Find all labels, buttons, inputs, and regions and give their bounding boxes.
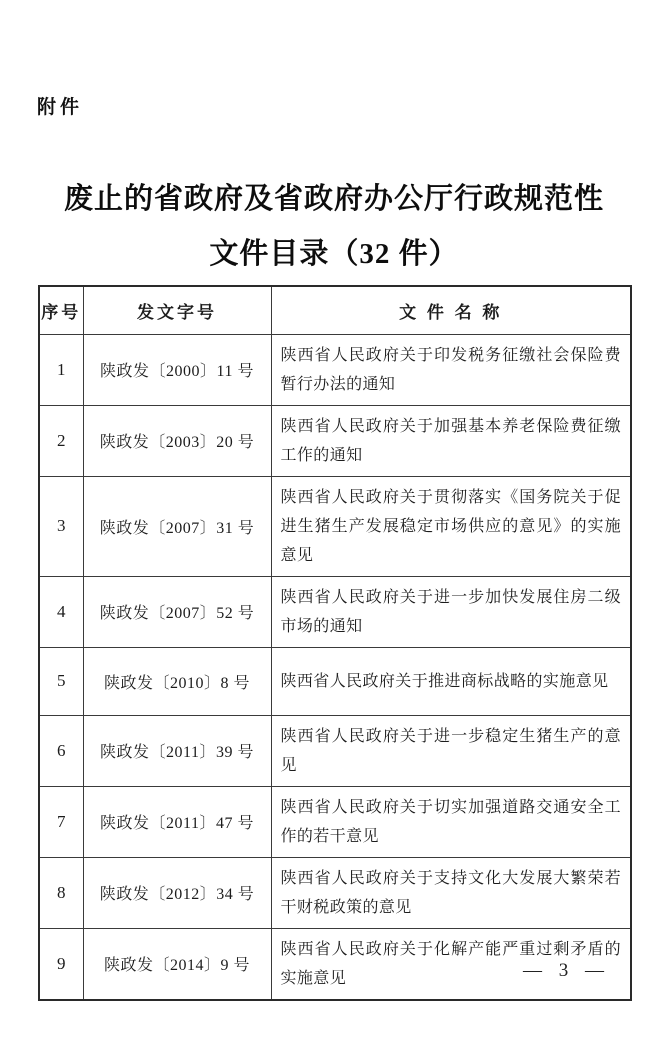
header-cell-doc-no: 发文字号 [83,286,271,334]
cell-seq: 5 [39,647,83,715]
cell-doc-title: 陕西省人民政府关于加强基本养老保险费征缴工作的通知 [271,405,631,476]
table-row: 5 陕政发〔2010〕8 号 陕西省人民政府关于推进商标战略的实施意见 [39,647,631,715]
header-cell-seq: 序号 [39,286,83,334]
cell-doc-number: 陕政发〔2011〕47 号 [83,786,271,857]
table-row: 2 陕政发〔2003〕20 号 陕西省人民政府关于加强基本养老保险费征缴工作的通… [39,405,631,476]
table-header-row: 序号 发文字号 文 件 名 称 [39,286,631,334]
title-line-2: 文件目录（32 件） [0,227,668,282]
cell-doc-number: 陕政发〔2010〕8 号 [83,647,271,715]
cell-doc-title: 陕西省人民政府关于支持文化大发展大繁荣若干财税政策的意见 [271,857,631,928]
document-page: 附件 废止的省政府及省政府办公厅行政规范性 文件目录（32 件） 序号 发文字号… [0,0,668,1044]
cell-doc-title: 陕西省人民政府关于进一步稳定生猪生产的意见 [271,715,631,786]
cell-seq: 4 [39,576,83,647]
cell-doc-number: 陕政发〔2014〕9 号 [83,928,271,1000]
table-row: 3 陕政发〔2007〕31 号 陕西省人民政府关于贯彻落实《国务院关于促进生猪生… [39,476,631,576]
cell-seq: 6 [39,715,83,786]
cell-doc-number: 陕政发〔2007〕31 号 [83,476,271,576]
documents-table: 序号 发文字号 文 件 名 称 1 陕政发〔2000〕11 号 陕西省人民政府关… [38,285,632,1001]
cell-doc-number: 陕政发〔2012〕34 号 [83,857,271,928]
cell-seq: 1 [39,334,83,405]
cell-doc-title: 陕西省人民政府关于进一步加快发展住房二级市场的通知 [271,576,631,647]
table-row: 4 陕政发〔2007〕52 号 陕西省人民政府关于进一步加快发展住房二级市场的通… [39,576,631,647]
cell-seq: 7 [39,786,83,857]
cell-doc-number: 陕政发〔2011〕39 号 [83,715,271,786]
cell-doc-number: 陕政发〔2003〕20 号 [83,405,271,476]
cell-seq: 9 [39,928,83,1000]
table-row: 6 陕政发〔2011〕39 号 陕西省人民政府关于进一步稳定生猪生产的意见 [39,715,631,786]
cell-seq: 2 [39,405,83,476]
cell-doc-title: 陕西省人民政府关于推进商标战略的实施意见 [271,647,631,715]
title-line-1: 废止的省政府及省政府办公厅行政规范性 [0,172,668,227]
cell-doc-number: 陕政发〔2007〕52 号 [83,576,271,647]
document-title: 废止的省政府及省政府办公厅行政规范性 文件目录（32 件） [0,172,668,282]
cell-doc-title: 陕西省人民政府关于贯彻落实《国务院关于促进生猪生产发展稳定市场供应的意见》的实施… [271,476,631,576]
cell-seq: 8 [39,857,83,928]
table-row: 7 陕政发〔2011〕47 号 陕西省人民政府关于切实加强道路交通安全工作的若干… [39,786,631,857]
cell-seq: 3 [39,476,83,576]
cell-doc-title: 陕西省人民政府关于印发税务征缴社会保险费暂行办法的通知 [271,334,631,405]
cell-doc-number: 陕政发〔2000〕11 号 [83,334,271,405]
cell-doc-title: 陕西省人民政府关于切实加强道路交通安全工作的若干意见 [271,786,631,857]
attachment-label: 附件 [37,92,83,119]
header-cell-name: 文 件 名 称 [271,286,631,334]
table-row: 1 陕政发〔2000〕11 号 陕西省人民政府关于印发税务征缴社会保险费暂行办法… [39,334,631,405]
table-row: 8 陕政发〔2012〕34 号 陕西省人民政府关于支持文化大发展大繁荣若干财税政… [39,857,631,928]
page-number: — 3 — [523,960,610,982]
